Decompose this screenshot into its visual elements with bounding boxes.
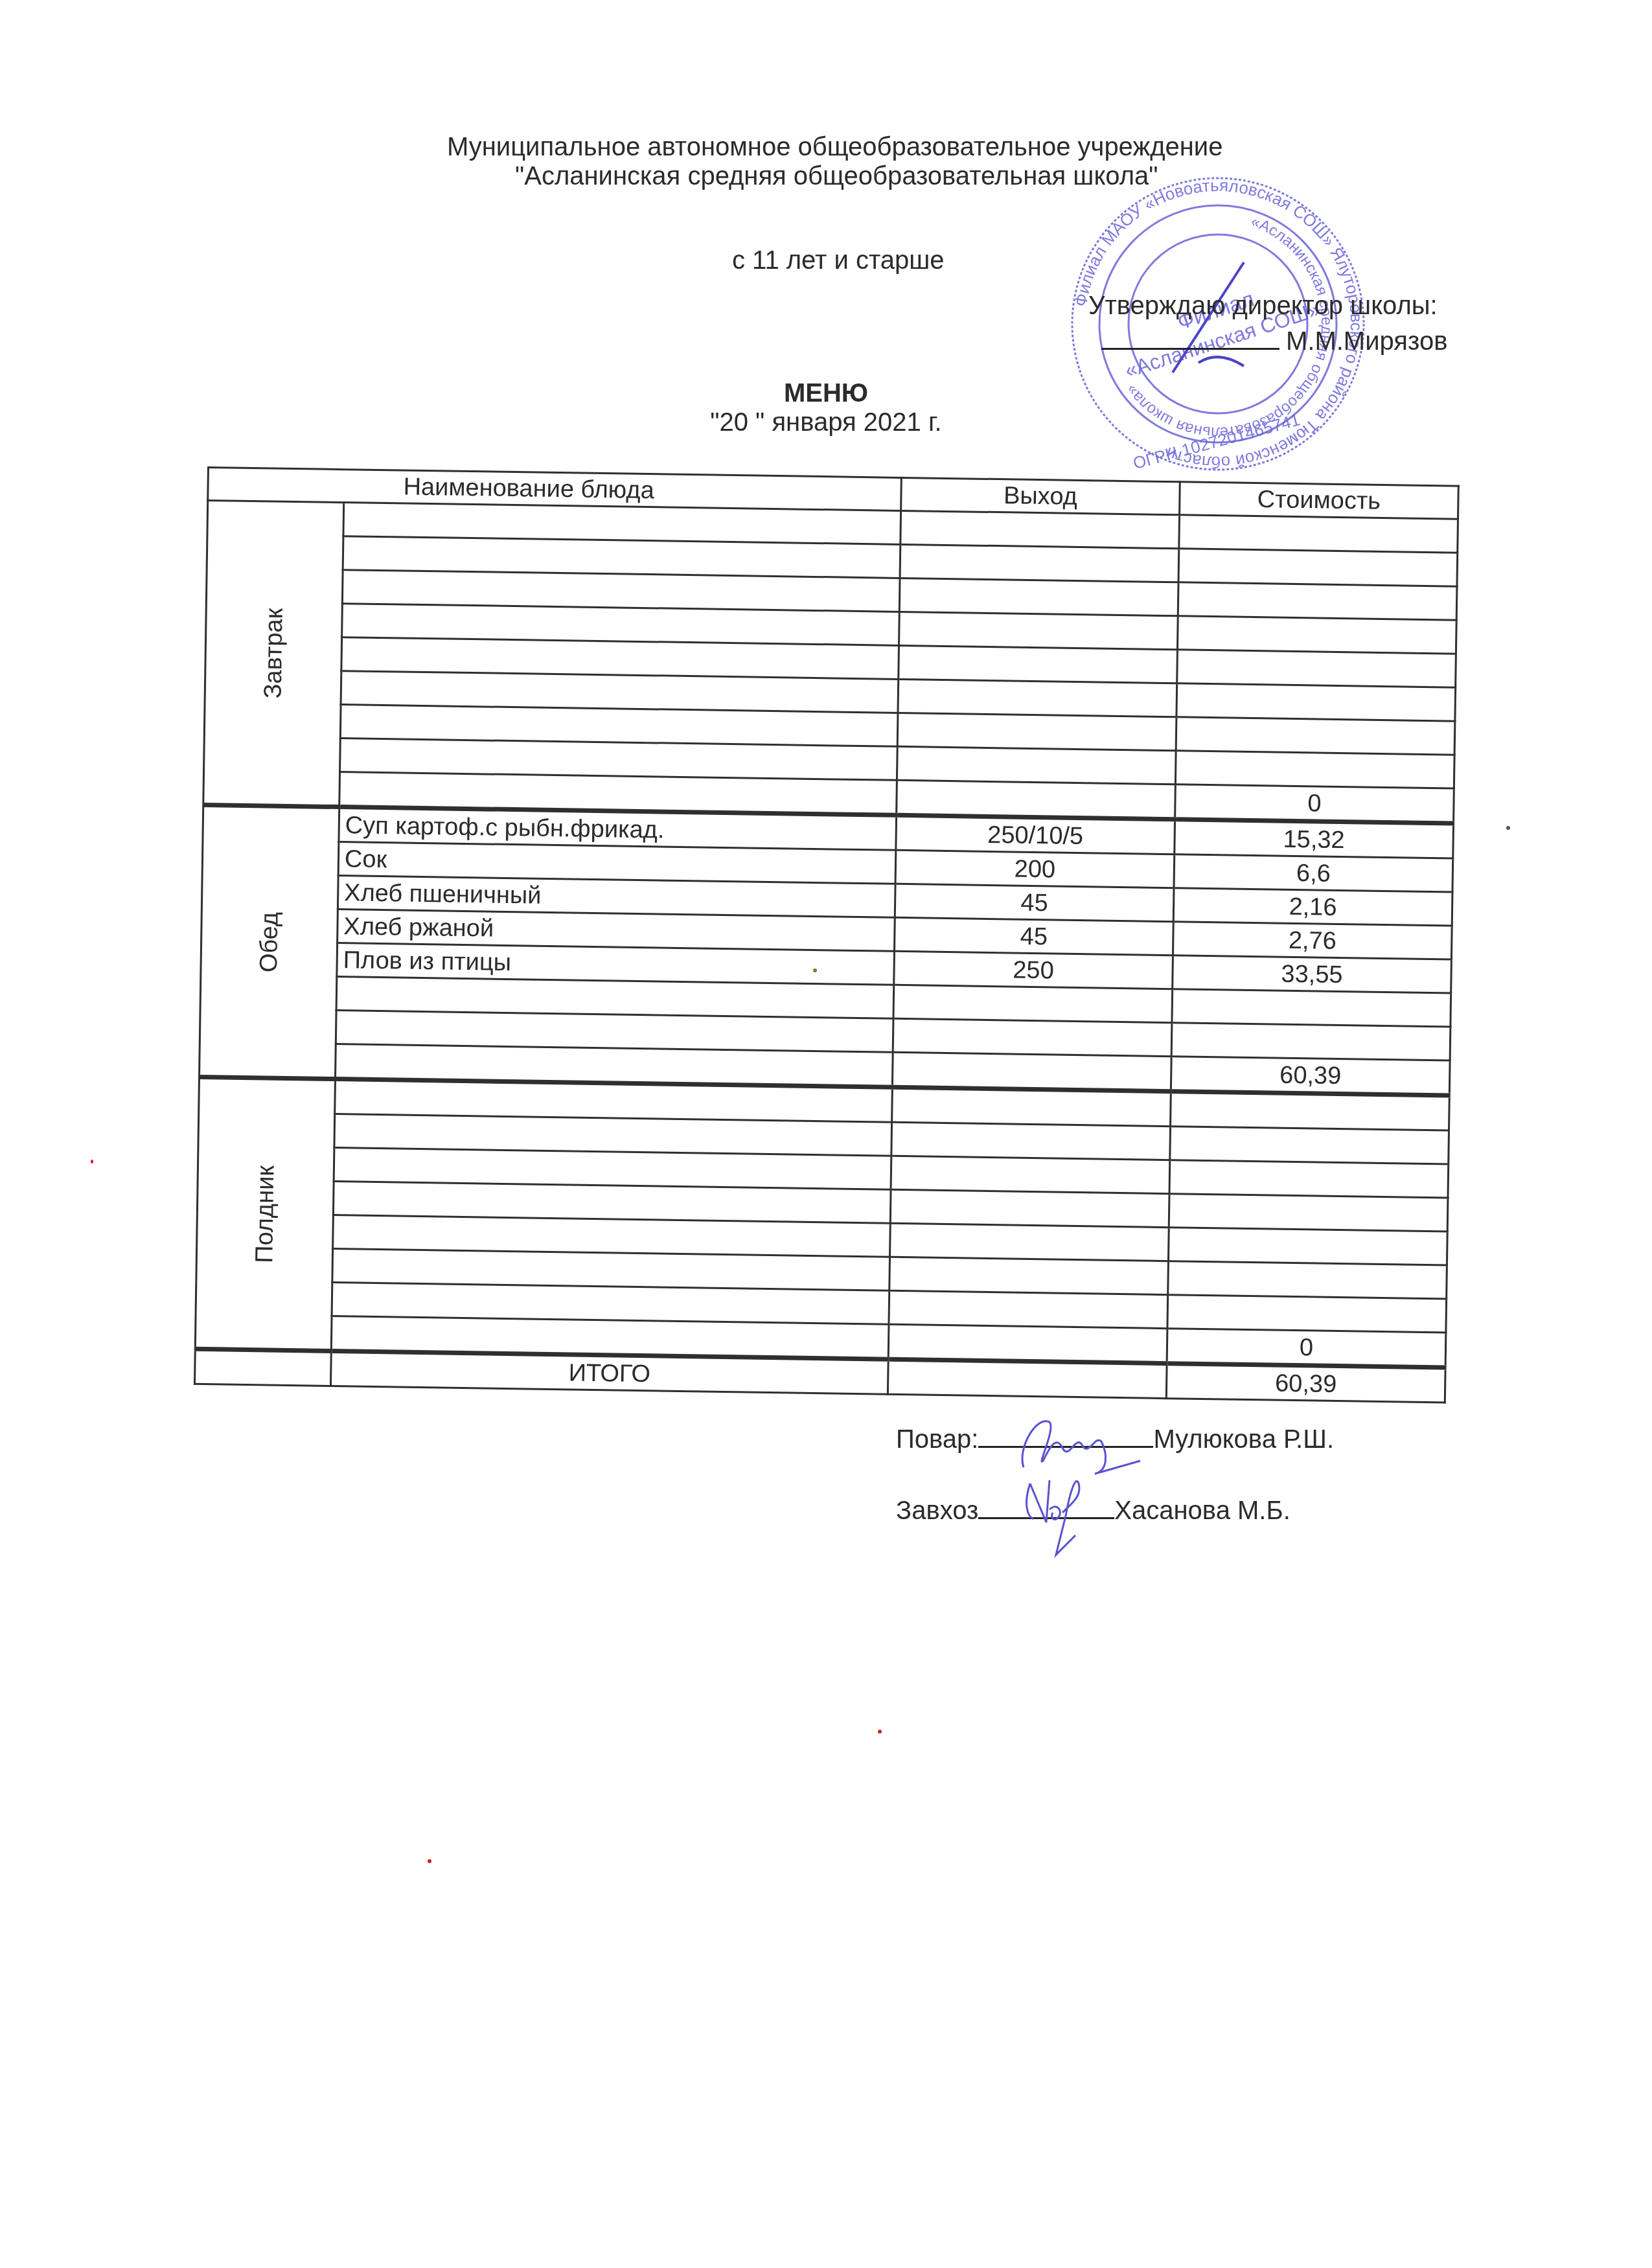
- cook-label: Повар:: [896, 1425, 978, 1454]
- cost-cell: [1170, 1127, 1449, 1164]
- yield-cell: [899, 645, 1178, 683]
- cost-cell: 2,16: [1173, 888, 1452, 926]
- scan-speck: [813, 968, 817, 972]
- cost-cell: 15,32: [1175, 819, 1454, 858]
- cost-cell: [1171, 1023, 1451, 1060]
- cost-cell: [1177, 616, 1456, 654]
- scan-speck: [91, 1160, 93, 1163]
- cost-cell: 2,76: [1173, 922, 1452, 959]
- cost-cell: [1179, 515, 1458, 553]
- cost-cell: [1168, 1261, 1447, 1299]
- director-signature-blank: [1101, 348, 1279, 350]
- yield-cell: 250: [894, 951, 1173, 989]
- section-label-text: Завтрак: [258, 608, 289, 698]
- section-subtotal: 60,39: [1171, 1057, 1450, 1095]
- yield-cell: [897, 780, 1176, 819]
- yield-cell: [897, 713, 1176, 750]
- yield-cell: [892, 1052, 1171, 1091]
- cost-cell: [1169, 1194, 1448, 1231]
- yield-cell: [891, 1156, 1170, 1193]
- section-subtotal: 0: [1167, 1329, 1446, 1368]
- yield-cell: [900, 544, 1179, 582]
- yield-cell: [897, 746, 1176, 784]
- yield-cell: 45: [895, 884, 1174, 921]
- yield-cell: [890, 1223, 1169, 1261]
- scan-speck: [878, 1730, 882, 1734]
- menu-date: "20 " января 2021 г.: [0, 408, 1652, 437]
- yield-cell: [891, 1122, 1171, 1160]
- cost-cell: [1167, 1295, 1447, 1333]
- section-label-text: Обед: [254, 911, 284, 972]
- cost-cell: 33,55: [1173, 956, 1452, 993]
- cook-name: Мулюкова Р.Ш.: [1153, 1425, 1334, 1454]
- cook-signature: [1011, 1409, 1160, 1480]
- menu-table-container: Наименование блюда Выход Стоимость Завтр…: [194, 466, 1458, 1403]
- organization-name-line1: Муниципальное автономное общеобразовател…: [447, 133, 1289, 162]
- section-label: Обед: [200, 805, 339, 1079]
- cost-cell: [1172, 989, 1451, 1027]
- section-label: Полдник: [195, 1077, 335, 1351]
- cost-cell: [1176, 683, 1456, 721]
- yield-cell: [889, 1257, 1169, 1294]
- scan-speck: [1506, 826, 1510, 830]
- yield-cell: [892, 1087, 1171, 1126]
- section-subtotal: 0: [1175, 785, 1454, 823]
- column-header-cost: Стоимость: [1180, 482, 1459, 519]
- total-yield-cell: [888, 1359, 1167, 1398]
- storekeeper-name: Хасанова М.Б.: [1114, 1496, 1290, 1525]
- scan-speck: [428, 1859, 431, 1863]
- cost-cell: [1176, 717, 1455, 755]
- menu-table: Наименование блюда Выход Стоимость Завтр…: [194, 466, 1460, 1404]
- storekeeper-label: Завхоз: [896, 1496, 978, 1525]
- cost-cell: [1169, 1160, 1449, 1198]
- total-label: ИТОГО: [330, 1351, 888, 1394]
- yield-cell: [901, 510, 1180, 548]
- section-label-text: Полдник: [249, 1165, 281, 1263]
- yield-cell: [898, 679, 1177, 716]
- cost-cell: [1175, 751, 1454, 788]
- yield-cell: [899, 612, 1178, 649]
- yield-cell: [893, 985, 1173, 1022]
- storekeeper-signature: [1011, 1471, 1108, 1568]
- yield-cell: 250/10/5: [896, 815, 1175, 854]
- yield-cell: [890, 1189, 1169, 1227]
- total-empty-cell: [194, 1349, 331, 1386]
- yield-cell: [899, 578, 1178, 615]
- yield-cell: 45: [895, 917, 1174, 955]
- yield-cell: 200: [895, 850, 1175, 888]
- director-name: М.М.Мирязов: [1286, 327, 1447, 356]
- yield-cell: [893, 1018, 1172, 1056]
- cost-cell: 6,6: [1174, 854, 1453, 892]
- yield-cell: [889, 1290, 1168, 1328]
- age-group: с 11 лет и старше: [732, 246, 945, 275]
- cost-cell: [1171, 1092, 1450, 1130]
- approval-label: Утверждаю директор школы:: [1088, 292, 1438, 321]
- cost-cell: [1178, 582, 1457, 620]
- cost-cell: [1178, 549, 1458, 586]
- section-label: Завтрак: [203, 501, 344, 807]
- total-value: 60,39: [1166, 1364, 1445, 1403]
- director-signature-line: М.М.Мирязов: [1101, 327, 1447, 356]
- cost-cell: [1168, 1228, 1447, 1265]
- menu-table-body: Завтрак0ОбедСуп картоф.с рыбн.фрикад.250…: [194, 501, 1458, 1403]
- column-header-yield: Выход: [901, 477, 1180, 514]
- cost-cell: [1177, 650, 1456, 687]
- menu-title: МЕНЮ: [0, 379, 1652, 408]
- yield-cell: [888, 1324, 1167, 1363]
